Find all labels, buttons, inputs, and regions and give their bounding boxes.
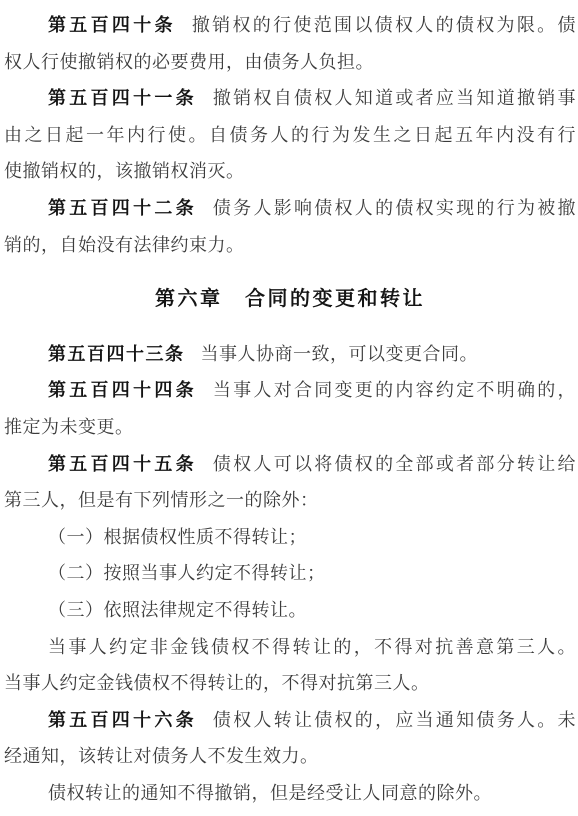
line-text: 第三人，但是有下列情形之一的除外： — [4, 490, 319, 510]
document-page: 第五百四十条撤销权的行使范围以债权人的债权为限。债权人行使撤销权的必要费用，由债… — [0, 0, 578, 816]
line-text: 由之日起一年内行使。自债务人的行为发生之日起五年内没有行 — [4, 125, 576, 145]
article-number: 第五百四十五条 — [48, 454, 197, 474]
text-line: 当事人约定非金钱债权不得转让的，不得对抗善意第三人。 — [4, 629, 576, 666]
article-number: 第五百四十一条 — [48, 88, 197, 108]
line-text: 经通知，该转让对债务人不发生效力。 — [4, 746, 319, 766]
text-line: 第五百四十三条当事人协商一致，可以变更合同。 — [4, 336, 576, 373]
text-line: 第三人，但是有下列情形之一的除外： — [4, 482, 576, 519]
article-number: 第五百四十条 — [48, 15, 176, 35]
line-text: （一）根据债权性质不得转让； — [48, 527, 307, 547]
line-text: 当事人约定非金钱债权不得转让的，不得对抗善意第三人。 — [48, 637, 576, 657]
text-line: 推定为未变更。 — [4, 409, 576, 446]
line-text: 撤销权的行使范围以债权人的债权为限。债 — [192, 15, 576, 35]
chapter-heading: 第六章 合同的变更和转让 — [4, 281, 576, 318]
line-text: 当事人对合同变更的内容约定不明确的， — [213, 380, 576, 400]
text-line: 经通知，该转让对债务人不发生效力。 — [4, 738, 576, 775]
text-block: 第五百四十条撤销权的行使范围以债权人的债权为限。债权人行使撤销权的必要费用，由债… — [4, 7, 576, 811]
line-text: 使撤销权的，该撤销权消灭。 — [4, 161, 245, 181]
text-line: 权人行使撤销权的必要费用，由债务人负担。 — [4, 44, 576, 81]
text-line: 第五百四十一条撤销权自债权人知道或者应当知道撤销事 — [4, 80, 576, 117]
text-line: （二）按照当事人约定不得转让； — [4, 555, 576, 592]
text-line: 第五百四十二条债务人影响债权人的债权实现的行为被撤 — [4, 190, 576, 227]
line-text: （二）按照当事人约定不得转让； — [48, 563, 326, 583]
line-text: 债权人可以将债权的全部或者部分转让给 — [213, 454, 576, 474]
line-text: 债务人影响债权人的债权实现的行为被撤 — [213, 198, 576, 218]
text-line: 当事人约定金钱债权不得转让的，不得对抗第三人。 — [4, 665, 576, 702]
text-line: 由之日起一年内行使。自债务人的行为发生之日起五年内没有行 — [4, 117, 576, 154]
text-line: 债权转让的通知不得撤销，但是经受让人同意的除外。 — [4, 775, 576, 812]
text-line: 第五百四十四条当事人对合同变更的内容约定不明确的， — [4, 372, 576, 409]
text-line: （三）依照法律规定不得转让。 — [4, 592, 576, 629]
line-text: 债权人转让债权的，应当通知债务人。未 — [213, 710, 576, 730]
article-number: 第五百四十六条 — [48, 710, 197, 730]
article-number: 第五百四十三条 — [48, 344, 185, 364]
text-line: 第五百四十五条债权人可以将债权的全部或者部分转让给 — [4, 446, 576, 483]
text-line: 第五百四十条撤销权的行使范围以债权人的债权为限。债 — [4, 7, 576, 44]
text-line: （一）根据债权性质不得转让； — [4, 519, 576, 556]
line-text: 权人行使撤销权的必要费用，由债务人负担。 — [4, 52, 374, 72]
text-line: 销的，自始没有法律约束力。 — [4, 227, 576, 264]
text-line: 第五百四十六条债权人转让债权的，应当通知债务人。未 — [4, 702, 576, 739]
line-text: 债权转让的通知不得撤销，但是经受让人同意的除外。 — [48, 783, 492, 803]
line-text: 推定为未变更。 — [4, 417, 134, 437]
article-number: 第五百四十四条 — [48, 380, 197, 400]
article-number: 第五百四十二条 — [48, 198, 197, 218]
line-text: 撤销权自债权人知道或者应当知道撤销事 — [213, 88, 576, 108]
line-text: （三）依照法律规定不得转让。 — [48, 600, 307, 620]
line-text: 当事人约定金钱债权不得转让的，不得对抗第三人。 — [4, 673, 430, 693]
line-text: 当事人协商一致，可以变更合同。 — [201, 344, 479, 364]
line-text: 销的，自始没有法律约束力。 — [4, 235, 245, 255]
text-line: 使撤销权的，该撤销权消灭。 — [4, 153, 576, 190]
